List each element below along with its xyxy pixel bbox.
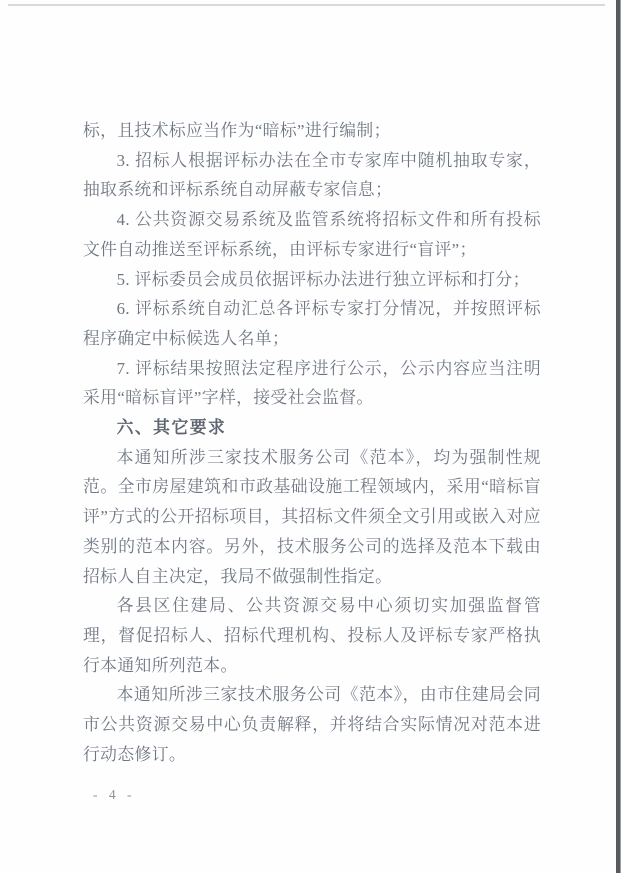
- paragraph: 标，且技术标应当作为“暗标”进行编制；: [83, 116, 541, 146]
- paragraph: 本通知所涉三家技术服务公司《范本》，由市住建局会同市公共资源交易中心负责解释，并…: [83, 680, 541, 769]
- paragraph: 5. 评标委员会成员依据评标办法进行独立评标和打分；: [83, 265, 541, 295]
- paragraph: 各县区住建局、公共资源交易中心须切实加强监督管理，督促招标人、招标代理机构、投标…: [83, 591, 541, 680]
- page-number: - 4 -: [93, 787, 136, 803]
- scan-top-edge-line: [8, 4, 605, 6]
- paragraph: 本通知所涉三家技术服务公司《范本》，均为强制性规范。全市房屋建筑和市政基础设施工…: [83, 443, 541, 592]
- document-page: 标，且技术标应当作为“暗标”进行编制；3. 招标人根据评标办法在全市专家库中随机…: [0, 0, 621, 873]
- section-heading: 六、其它要求: [83, 413, 541, 443]
- document-body: 标，且技术标应当作为“暗标”进行编制；3. 招标人根据评标办法在全市专家库中随机…: [83, 116, 541, 769]
- paragraph: 4. 公共资源交易系统及监管系统将招标文件和所有投标文件自动推送至评标系统，由评…: [83, 205, 541, 264]
- paragraph: 3. 招标人根据评标办法在全市专家库中随机抽取专家，抽取系统和评标系统自动屏蔽专…: [83, 146, 541, 205]
- paragraph: 6. 评标系统自动汇总各评标专家打分情况，并按照评标程序确定中标候选人名单；: [83, 294, 541, 353]
- paragraph: 7. 评标结果按照法定程序进行公示，公示内容应当注明采用“暗标盲评”字样，接受社…: [83, 354, 541, 413]
